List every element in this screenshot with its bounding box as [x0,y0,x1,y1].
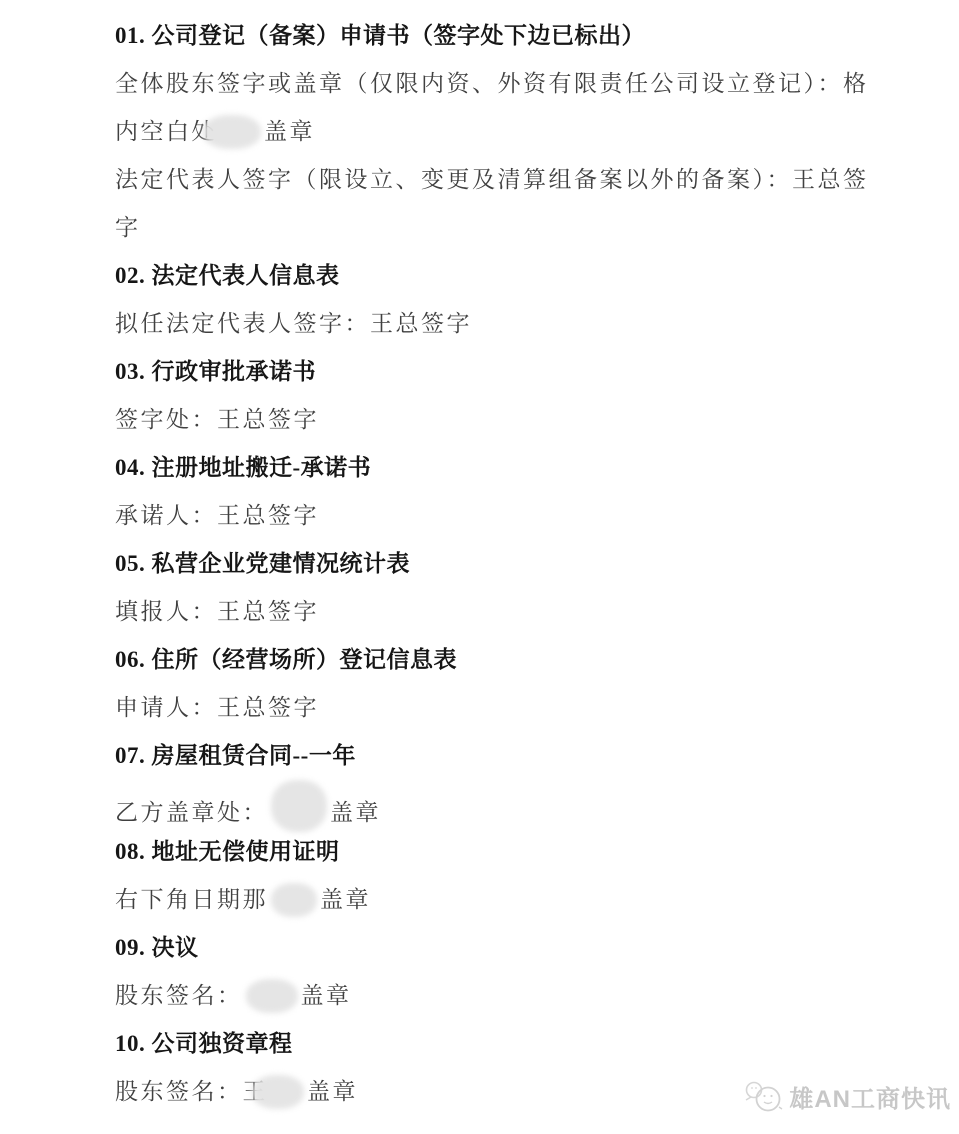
text-segment: 承诺人：王总签字 [115,503,319,528]
section-heading: 03. 行政审批承诺书 [115,348,915,396]
text-segment: 拟任法定代表人签字：王总签字 [115,311,472,336]
section-line: 字 [115,204,915,252]
section-line: 承诺人：王总签字 [115,492,915,540]
text-segment: 盖章 [307,1079,358,1104]
bird-mascot-logo-icon [743,1080,783,1114]
section-heading: 01. 公司登记（备案）申请书（签字处下边已标出） [115,12,915,60]
section-heading: 10. 公司独资章程 [115,1020,915,1068]
section-line: 右下角日期那盖章 [115,876,915,924]
text-segment: 股东签名： [115,1079,243,1104]
section-line: 内空白处盖章 [115,108,915,156]
text-segment: 盖章 [264,119,315,144]
text-segment: 右下角日期那 [115,887,268,912]
text-segment: 填报人：王总签字 [115,599,319,624]
section-line: 乙方盖章处：盖章 [115,780,915,828]
text-segment: 全体股东签字或盖章（仅限内资、外资有限责任公司设立登记）：格 [115,71,869,96]
redaction-blur [271,883,317,917]
section-heading: 06. 住所（经营场所）登记信息表 [115,636,915,684]
text-segment: 盖章 [320,887,371,912]
section-heading: 08. 地址无偿使用证明 [115,828,915,876]
section-line: 股东签名：盖章 [115,972,915,1020]
redaction-blur [271,780,327,832]
section-line: 签字处：王总签字 [115,396,915,444]
section-line: 填报人：王总签字 [115,588,915,636]
text-segment: 股东签名： [115,983,243,1008]
redaction-blur [203,115,261,149]
section-line: 拟任法定代表人签字：王总签字 [115,300,915,348]
document-content: 01. 公司登记（备案）申请书（签字处下边已标出）全体股东签字或盖章（仅限内资、… [115,12,915,1116]
section-heading: 07. 房屋租赁合同--一年 [115,732,915,780]
text-segment: 内空白 [115,119,192,144]
section-line: 法定代表人签字（限设立、变更及清算组备案以外的备案）：王总签 [115,156,915,204]
text-segment: 申请人：王总签字 [115,695,319,720]
text-segment: 乙方盖章处： [115,800,268,825]
section-heading: 02. 法定代表人信息表 [115,252,915,300]
text-segment: 签字处：王总签字 [115,407,319,432]
redaction-blur [246,979,298,1013]
redaction-blur [252,1075,304,1109]
text-segment: 法定代表人签字（限设立、变更及清算组备案以外的备案）：王总签 [115,167,869,192]
text-segment: 盖章 [301,983,352,1008]
watermark: 雄AN工商快讯 [743,1079,951,1114]
section-line: 全体股东签字或盖章（仅限内资、外资有限责任公司设立登记）：格 [115,60,915,108]
text-segment: 盖章 [330,800,381,825]
section-heading: 04. 注册地址搬迁-承诺书 [115,444,915,492]
section-line: 申请人：王总签字 [115,684,915,732]
section-heading: 09. 决议 [115,924,915,972]
watermark-text: 雄AN工商快讯 [789,1079,951,1114]
section-heading: 05. 私营企业党建情况统计表 [115,540,915,588]
text-segment: 字 [115,215,141,240]
